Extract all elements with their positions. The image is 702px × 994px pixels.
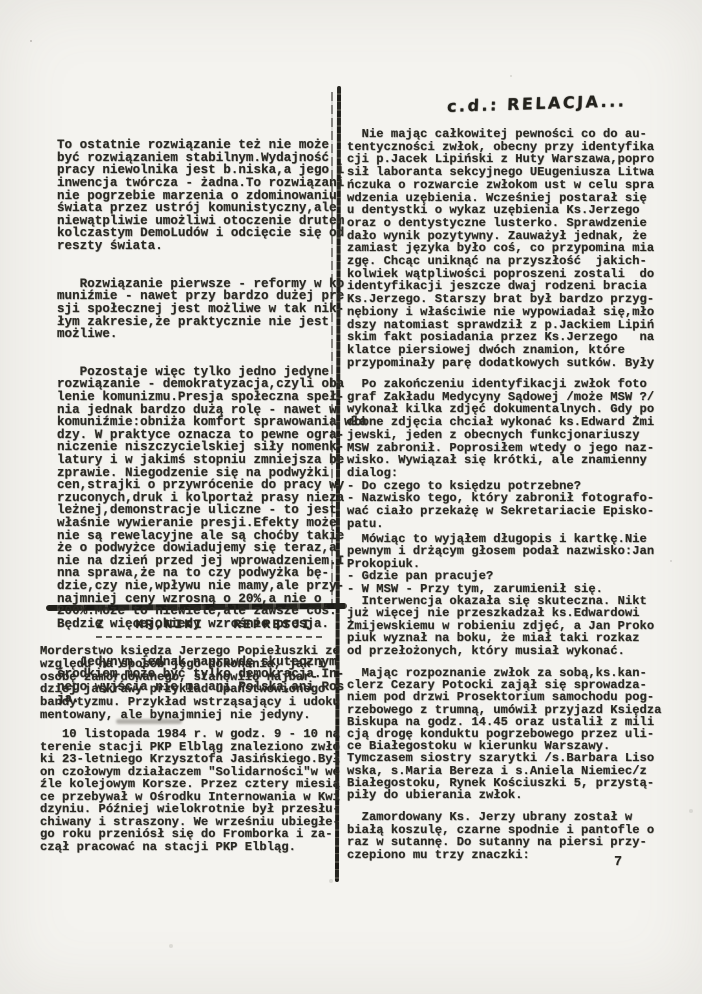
section-heading-kronika-represji: Z KRONIKI REPRESJI: [96, 617, 322, 638]
paragraph: To ostatnie rozwiązanie też nie może być…: [57, 139, 349, 252]
paper-noise: [30, 40, 32, 42]
relacja-paragraph: Mając rozpoznanie zwłok za sobą,ks.kan- …: [347, 667, 662, 801]
chronicle-paragraph: Morderstwo księdza Jerzego Popiełuszki z…: [40, 645, 340, 722]
handwritten-header-relacja: c.d.: RELACJA...: [447, 91, 627, 116]
relacja-paragraph: Zamordowany Ks. Jerzy ubrany został w bi…: [347, 811, 654, 862]
relacja-paragraph: Mówiąc to wyjąłem długopis i kartkę.Nie …: [347, 533, 654, 657]
relacja-paragraph: Nie mając całkowitej pewności co do au- …: [347, 128, 654, 369]
page-number: 7: [614, 855, 622, 870]
scanned-page: To ostatnie rozwiązanie też nie może być…: [0, 0, 702, 994]
relacja-paragraph: Po zakończeniu identyfikacji zwłok foto …: [347, 378, 654, 530]
paragraph: Rozwiązanie pierwsze - reformy w ko muni…: [57, 278, 349, 341]
chronicle-paragraph: 10 listopada 1984 r. w godz. 9 - 10 na t…: [40, 728, 340, 853]
left-article-continuation: To ostatnie rozwiązanie też nie może być…: [57, 114, 349, 731]
paragraph: Pozostaje więc tylko jedno jedyne rozwią…: [57, 366, 349, 630]
